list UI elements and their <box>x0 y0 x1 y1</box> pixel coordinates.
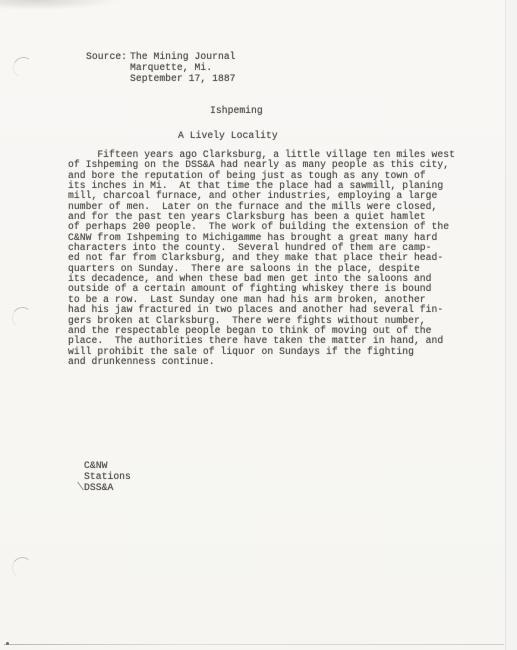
article-body: Fifteen years ago Clarksburg, a little v… <box>68 150 455 367</box>
punch-hole <box>11 556 35 580</box>
page-edge-line-right <box>505 0 506 650</box>
scan-artifact-dot <box>6 642 9 645</box>
source-citation: The Mining Journal Marquette, Mi. Septem… <box>130 51 236 85</box>
scan-corner-smudge <box>0 0 120 10</box>
location-heading: Ishpeming <box>210 106 263 116</box>
article-title: A Lively Locality <box>178 131 278 141</box>
punch-hole <box>11 55 36 80</box>
scan-edge-right <box>506 0 517 650</box>
scanned-page: Source: The Mining Journal Marquette, Mi… <box>0 0 517 650</box>
punch-hole <box>11 306 35 330</box>
page-edge-line-bottom <box>4 644 504 645</box>
handwritten-check-mark <box>77 482 84 491</box>
footer-notation: C&NW Stations DSS&A <box>84 460 131 493</box>
source-label: Source: <box>86 51 127 62</box>
